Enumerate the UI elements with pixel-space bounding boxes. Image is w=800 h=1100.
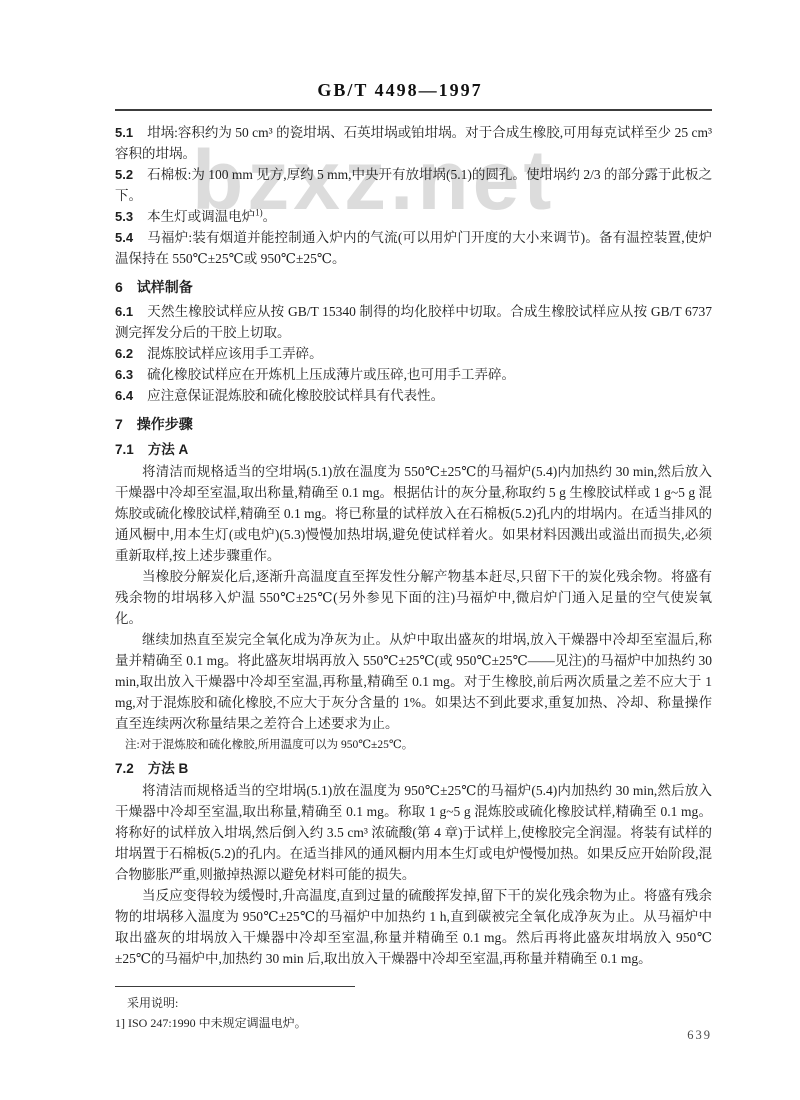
page-number: 639: [687, 1028, 712, 1043]
clause-5-item-4: 5.4马福炉:装有烟道并能控制通入炉内的气流(可以用炉门开度的大小来调节)。备有…: [115, 227, 712, 269]
clause-5-item-3: 5.3本生灯或调温电炉1)。: [115, 206, 712, 227]
clause-6-item-2: 6.2混炼胶试样应该用手工弄碎。: [115, 343, 712, 364]
footnote-reference: 1): [255, 208, 263, 218]
item-number: 5.2: [115, 167, 133, 182]
method-a-note: 注:对于混炼胶和硫化橡胶,所用温度可以为 950℃±25℃。: [125, 736, 712, 754]
header-rule: [115, 109, 712, 111]
item-text: 混炼胶试样应该用手工弄碎。: [147, 346, 323, 361]
item-number: 5.4: [115, 230, 133, 245]
standard-code: GB/T 4498—1997: [0, 80, 800, 101]
clause-7-1-subheading: 7.1方法 A: [115, 439, 712, 460]
heading-number: 7.1: [115, 442, 134, 457]
footnote-item: 1] ISO 247:1990 中未规定调温电炉。: [115, 1013, 595, 1033]
item-number: 5.1: [115, 125, 133, 140]
method-a-paragraph-3: 继续加热直至炭完全氧化成为净灰为止。从炉中取出盛灰的坩埚,放入干燥器中冷却至室温…: [115, 629, 712, 734]
footnote-label: 采用说明:: [127, 993, 595, 1013]
heading-title: 方法 B: [148, 761, 189, 776]
heading-number: 6: [115, 279, 123, 295]
heading-title: 试样制备: [137, 279, 193, 295]
item-text: 坩埚:容积约为 50 cm³ 的瓷坩埚、石英坩埚或铂坩埚。对于合成生橡胶,可用每…: [115, 125, 712, 161]
footnote-divider: [115, 986, 355, 987]
adoption-note-block: 采用说明: 1] ISO 247:1990 中未规定调温电炉。: [115, 986, 595, 1033]
heading-number: 7.2: [115, 761, 134, 776]
heading-title: 操作步骤: [137, 416, 193, 432]
method-b-paragraph-2: 当反应变得较为缓慢时,升高温度,直到过量的硫酸挥发掉,留下干的炭化残余物为止。将…: [115, 885, 712, 969]
item-number: 6.2: [115, 346, 133, 361]
item-text: 硫化橡胶试样应在开炼机上压成薄片或压碎,也可用手工弄碎。: [147, 367, 515, 382]
heading-number: 7: [115, 416, 123, 432]
item-text: 应注意保证混炼胶和硫化橡胶胶试样具有代表性。: [147, 388, 444, 403]
clause-6-heading: 6试样制备: [115, 277, 712, 298]
document-page: bzxz.net GB/T 4498—1997 5.1坩埚:容积约为 50 cm…: [0, 0, 800, 1100]
method-b-paragraph-1: 将清洁而规格适当的空坩埚(5.1)放在温度为 950℃±25℃的马福炉(5.4)…: [115, 780, 712, 885]
document-body: 5.1坩埚:容积约为 50 cm³ 的瓷坩埚、石英坩埚或铂坩埚。对于合成生橡胶,…: [115, 122, 712, 969]
clause-5-item-1: 5.1坩埚:容积约为 50 cm³ 的瓷坩埚、石英坩埚或铂坩埚。对于合成生橡胶,…: [115, 122, 712, 164]
item-text: 。: [263, 209, 277, 224]
clause-6-item-1: 6.1天然生橡胶试样应从按 GB/T 15340 制得的均化胶样中切取。合成生橡…: [115, 301, 712, 343]
item-text: 马福炉:装有烟道并能控制通入炉内的气流(可以用炉门开度的大小来调节)。备有温控装…: [115, 230, 712, 266]
item-number: 6.4: [115, 388, 133, 403]
item-text: 本生灯或调温电炉: [147, 209, 255, 224]
clause-7-2-subheading: 7.2方法 B: [115, 758, 712, 779]
item-number: 5.3: [115, 209, 133, 224]
heading-title: 方法 A: [148, 442, 189, 457]
method-a-paragraph-2: 当橡胶分解炭化后,逐渐升高温度直至挥发性分解产物基本赶尽,只留下干的炭化残余物。…: [115, 566, 712, 629]
item-number: 6.1: [115, 304, 133, 319]
item-text: 石棉板:为 100 mm 见方,厚约 5 mm,中央开有放坩埚(5.1)的圆孔。…: [115, 167, 712, 203]
clause-6-item-3: 6.3硫化橡胶试样应在开炼机上压成薄片或压碎,也可用手工弄碎。: [115, 364, 712, 385]
method-a-paragraph-1: 将清洁而规格适当的空坩埚(5.1)放在温度为 550℃±25℃的马福炉(5.4)…: [115, 461, 712, 566]
clause-5-item-2: 5.2石棉板:为 100 mm 见方,厚约 5 mm,中央开有放坩埚(5.1)的…: [115, 164, 712, 206]
item-text: 天然生橡胶试样应从按 GB/T 15340 制得的均化胶样中切取。合成生橡胶试样…: [115, 304, 712, 340]
clause-6-item-4: 6.4应注意保证混炼胶和硫化橡胶胶试样具有代表性。: [115, 385, 712, 406]
clause-7-heading: 7操作步骤: [115, 414, 712, 435]
item-number: 6.3: [115, 367, 133, 382]
